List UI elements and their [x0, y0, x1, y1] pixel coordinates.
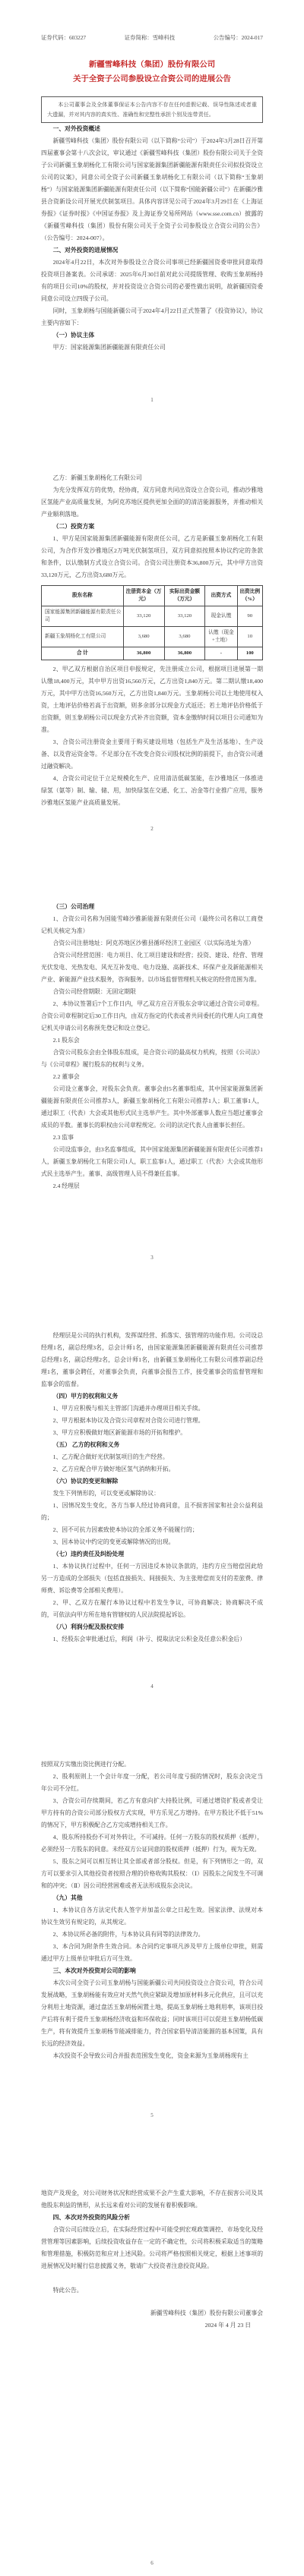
paragraph: 2、本协议所必备的附件，与本协议具有同等的法律效力。	[41, 1929, 263, 1941]
cell-actual: 36,800	[164, 647, 205, 660]
paragraph: 4、合资公司定位于立足规模化生产、应用清洁低碳氢能，在沙雅地区一体推进绿氢（氨等…	[41, 773, 263, 809]
paragraph: 3、合资公司注册资金主要用于购买建设用地（包括生产及生活基地）、生产设备、以及营…	[41, 736, 263, 773]
paragraph: 1、本协议自各方法定代表人签字并加盖公章之日起生效。国家法律、法规对本协议生效另…	[41, 1904, 263, 1929]
paragraph: 为充分发挥双方的优势，经协商，双方同意共同出资设立合资公司，推动沙雅地区氢能产业…	[41, 484, 263, 521]
paragraph: 本次投资不会导致公司合并报表范围发生变化，资金来源为玉象胡杨现有土	[41, 2050, 263, 2062]
page-number: 3	[41, 1254, 263, 1261]
paragraph: 1、合资公司名称为国能雪峰沙雅新能源有限责任公司（最终公司名称以工商登记机关核定…	[41, 913, 263, 937]
page-1: 证券代码：603227 证券简称：雪峰科技 公告编号：2024-017 新疆雪峰…	[0, 0, 304, 413]
disclaimer-box: 本公司董事会及全体董事保证本公告内容不存在任何虚假记载、误导性陈述或者重大遗漏，…	[41, 96, 263, 123]
cell-registered: 36,800	[123, 647, 164, 660]
paragraph: 3、甲方应积极做好地区新能源市场的开拓和维护。	[41, 1427, 263, 1439]
paragraph: 2、本协议签署后7个工作日内，甲乙双方应召开股东会审议通过合资公司章程。合资公司…	[41, 998, 263, 1034]
paragraph: 发生下列情形的，可以变更或解除协议：	[41, 1488, 263, 1500]
col-contribution-method: 出资方式	[205, 586, 237, 606]
cell-name: 国家能源集团新疆能源有限责任公司	[42, 606, 124, 627]
paragraph: 2、甲、乙双方在履行本协议过程中若发生争议，可协商解决；协商解决不成的，可依法向…	[41, 1597, 263, 1621]
clause-board-of-directors: 2.2 董事会	[41, 1071, 263, 1083]
paragraph: 1、本协议执行过程中，任何一方因违反本协议条款的，违约方应当赔偿因此给另一方造成…	[41, 1560, 263, 1597]
signature: 新疆雪峰科技（集团）股份有限公司董事会	[41, 2307, 263, 2319]
paragraph: 公司设监事会，由3名监事组成，其中国家能源集团新疆能源有限责任公司推荐1人，新疆…	[41, 1144, 263, 1180]
section-heading-4: 四、本次对外投资的风险分析	[41, 2212, 263, 2224]
cell-method: 现金认缴	[205, 606, 237, 627]
disclaimer-text: 本公司董事会及全体董事保证本公告内容不存在任何虚假记载、误导性陈述或者重大遗漏，…	[47, 100, 257, 119]
section-heading-2: 二、对外投资的进展情况	[41, 244, 263, 257]
announcement-document: { "meta": { "colors": { "title_red": "#c…	[0, 0, 304, 2576]
subsection-heading-profit-distribution: （八）利润分配及股权安排	[41, 1621, 263, 1633]
cell-registered: 3,680	[123, 627, 164, 647]
closing-notice: 特此公告。	[41, 2285, 263, 2297]
announcement-no: 公告编号：2024-017	[214, 33, 263, 42]
paragraph: 合资公司后续设立后，在实际经营过程中可能受到宏观政策调控、市场变化及经营管理等因…	[41, 2224, 263, 2272]
page-3: （三）公司治理 1、合资公司名称为国能雪峰沙雅新能源有限责任公司（最终公司名称以…	[0, 842, 304, 1271]
announcement-title: 关于全资子公司参股设立合资公司的进展公告	[41, 72, 263, 87]
section-heading-3: 三、本次对外投资对公司的影响	[41, 1965, 263, 1977]
col-actual-contribution: 实际出资金额（万元）	[164, 586, 205, 606]
cell-method: -	[205, 647, 237, 660]
paragraph: 2、因不可抗力因素致使本协议的全部义务不能履行的；	[41, 1524, 263, 1536]
shareholder-table: 股东名称 注册资本金（万元） 实际出资金额（万元） 出资方式 出资比例（%） 国…	[41, 585, 263, 660]
paragraph: 经理层是公司的执行机构，发挥谋经营、抓落实、强管理的功能作用。公司设总经理1名，…	[41, 1330, 263, 1390]
paragraph: 同时，玉象胡杨与国能新疆公司于2024年4月22日正式签署了《投资协议》，协议主…	[41, 305, 263, 329]
page-title: 新疆雪峰科技（集团）股份有限公司 关于全资子公司参股设立合资公司的进展公告	[41, 58, 263, 87]
cell-ratio: 90	[237, 606, 262, 627]
paragraph: 2、股利原则上一个会计年度一分配，若公司年度亏损的情况时，股东会决定当年公司不分…	[41, 1771, 263, 1795]
paragraph: 甲方：国家能源集团新疆能源有限责任公司	[41, 342, 263, 354]
cell-ratio: 100	[237, 647, 262, 660]
paragraph: 合资公司经营范围：电力项目、化工项目建设和经营；投资、建设、经营、管理光伏发电、…	[41, 949, 263, 986]
paragraph: 1、甲方应积极与相关主管部门沟通并办理项目相关手续。	[41, 1403, 263, 1415]
table-total-row: 合 计 36,800 36,800 - 100	[42, 647, 263, 660]
stock-abbr: 证券简称：雪峰科技	[125, 33, 176, 42]
paragraph-continuation: 按照双方实缴出资比例进行分配。	[41, 1759, 263, 1771]
subsection-heading-party-a-rights: （四）甲方的权利和义务	[41, 1390, 263, 1403]
paragraph: 3、因本协议中约定的变更或解除情况的出现。	[41, 1536, 263, 1548]
table-header-row: 股东名称 注册资本金（万元） 实际出资金额（万元） 出资方式 出资比例（%）	[42, 586, 263, 606]
paragraph: 2、甲乙双方根据自治区项目申报规定，先注册成立公司，根据项目进展第一期认缴18,…	[41, 663, 263, 736]
paragraph: 5、股东之间可以相互转让其全部或者部分股权。但是，有下列情形之一的，双方可以要求…	[41, 1856, 263, 1892]
page-number: 5	[41, 2112, 263, 2119]
page-4: 经理层是公司的执行机构，发挥谋经营、抓落实、强管理的功能作用。公司设总经理1名，…	[0, 1271, 304, 1699]
paragraph: 本次公司全资子公司玉象胡杨与国能新疆公司共同投资设立合资公司，符合公司发展战略，…	[41, 1977, 263, 2050]
cell-registered: 33,120	[123, 606, 164, 627]
paragraph: 3、合资公司存续期间，若乙方有意向扩大持股比例，可通过增资扩股或者受让甲方持有的…	[41, 1795, 263, 1831]
paragraph: 4、股东所持股份不可对外转让，不可减持。任何一方股东的股权质押（抵押），必须经另…	[41, 1831, 263, 1856]
paragraph: 1、经股东会审批通过后，利润（补亏、提取法定公积金及任意公积金后）	[41, 1633, 263, 1645]
col-ratio: 出资比例（%）	[237, 586, 262, 606]
page-number: 1	[41, 396, 263, 404]
company-name-title: 新疆雪峰科技（集团）股份有限公司	[41, 58, 263, 72]
page-number: 4	[41, 1683, 263, 1690]
paragraph: 新疆雪峰科技（集团）股份有限公司（以下简称“公司”）于2024年3月28日召开第…	[41, 135, 263, 244]
clause-supervisors: 2.3 监事	[41, 1132, 263, 1144]
paragraph: 合资公司注册地址：阿克苏地区沙雅县循环经济工业园区（以实际选址为准）	[41, 937, 263, 949]
cell-ratio: 10	[237, 627, 262, 647]
col-registered-capital: 注册资本金（万元）	[123, 586, 164, 606]
signature-date: 2024 年 4 月 23 日	[41, 2319, 263, 2332]
paragraph: 1、甲方是国家能源集团新疆能源有限责任公司，乙方是新疆玉象胡杨化工有限公司，为合…	[41, 533, 263, 581]
subsection-heading-investment-plan: （二）投资方案	[41, 521, 263, 533]
table-row: 新疆玉象胡杨化工有限公司 3,680 3,680 认缴（现金+土地） 10	[42, 627, 263, 647]
page-number: 2	[41, 825, 263, 833]
page-number: 6	[41, 2559, 263, 2567]
page-2: 乙方：新疆玉象胡杨化工有限公司 为充分发挥双方的优势，经协商，双方同意共同出资设…	[0, 413, 304, 842]
subsection-heading-liability-disputes: （七）违约责任及纠纷处理	[41, 1548, 263, 1560]
cell-name: 新疆玉象胡杨化工有限公司	[42, 627, 124, 647]
paragraph: 3、本合同为附条件生效合同。本合同约定事项凡涉及甲方上级单位审批，则需通过甲方上…	[41, 1941, 263, 1965]
section-heading-1: 一、对外投资概述	[41, 123, 263, 135]
paragraph: 乙方：新疆玉象胡杨化工有限公司	[41, 472, 263, 484]
clause-shareholders-meeting: 2.1 股东会	[41, 1034, 263, 1047]
subsection-heading-party-b-rights: （五） 乙方的权利和义务	[41, 1439, 263, 1451]
paragraph: 1、乙方配合做好光伏制氢项目的生产经营。	[41, 1451, 263, 1463]
subsection-heading-governance: （三）公司治理	[41, 901, 263, 913]
paragraph: 合资公司经营期限：无固定期限	[41, 986, 263, 998]
document-header: 证券代码：603227 证券简称：雪峰科技 公告编号：2024-017	[41, 33, 263, 42]
page-6: 地资产及现金，对公司财务状况和经营成果不会产生重大影响，不存在损害公司及其他股东…	[0, 2128, 304, 2576]
paragraph: 2024年4月22日，本次对外参股设立合资公司事项已经新疆国资委审批同意取得投资…	[41, 257, 263, 305]
cell-name: 合 计	[42, 647, 124, 660]
subsection-heading-amendment-termination: （六）协议的变更和解除	[41, 1475, 263, 1488]
cell-actual: 3,680	[164, 627, 205, 647]
table-row: 国家能源集团新疆能源有限责任公司 33,120 33,120 现金认缴 90	[42, 606, 263, 627]
cell-actual: 33,120	[164, 606, 205, 627]
stock-code: 证券代码：603227	[41, 33, 86, 42]
col-shareholder-name: 股东名称	[42, 586, 124, 606]
paragraph: 2、甲方根据本协议及合资公司章程对合资公司进行管理。	[41, 1415, 263, 1427]
clause-management: 2.4 经理层	[41, 1180, 263, 1192]
paragraph: 1、因情况发生变化，各方当事人经过协商同意，且不损害国家和社会公益利益的；	[41, 1500, 263, 1524]
subsection-heading-agreement-parties: （一）协议主体	[41, 329, 263, 342]
paragraph: 合资公司股东会由全体股东组成，是合资公司的最高权力机构，按照《公司法》与《公司章…	[41, 1047, 263, 1071]
subsection-heading-others: （九）其他	[41, 1892, 263, 1904]
paragraph: 2、乙方应配合甲方做好地区氢气消纳和开拓。	[41, 1463, 263, 1475]
paragraph: 公司设立董事会，对股东会负责。董事会由5名董事组成，其中国家能源集团新疆能源有限…	[41, 1083, 263, 1132]
page-5: 按照双方实缴出资比例进行分配。 2、股利原则上一个会计年度一分配，若公司年度亏损…	[0, 1699, 304, 2128]
paragraph-continuation: 地资产及现金，对公司财务状况和经营成果不会产生重大影响，不存在损害公司及其他股东…	[41, 2187, 263, 2212]
cell-method: 认缴（现金+土地）	[205, 627, 237, 647]
